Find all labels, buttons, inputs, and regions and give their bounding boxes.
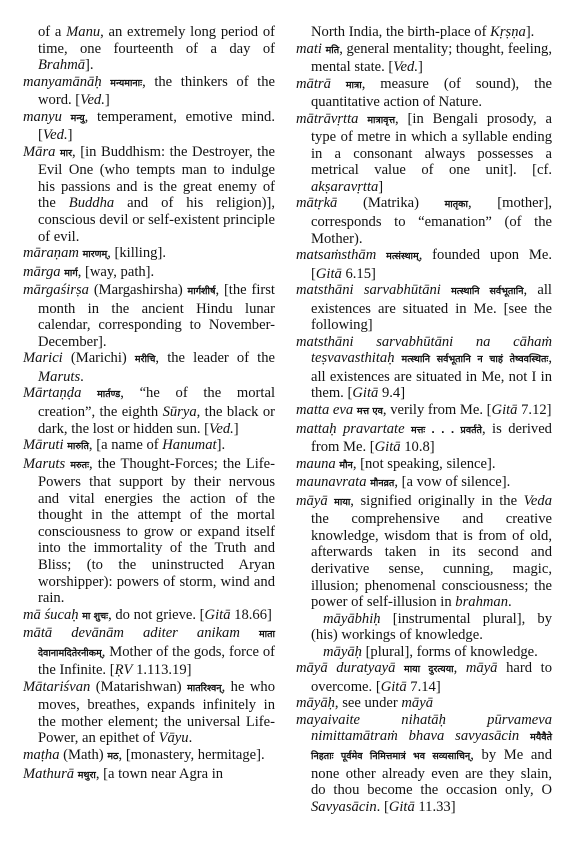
entry-definition: , do not grieve. [: [108, 607, 204, 623]
entry-headword: maṭha: [23, 747, 59, 763]
entry-definition: 9.4]: [378, 385, 405, 401]
italic-term: Gitā: [352, 385, 378, 401]
entry-definition: , [a vow of silence].: [394, 474, 510, 490]
dictionary-entry: mārga मार्ग, [way, path].: [23, 264, 275, 283]
entry-transliteration: (Margashirsha): [89, 282, 188, 298]
entry-headword: Marici: [23, 350, 63, 366]
entry-definition: the comprehensive and creative knowledge…: [311, 511, 552, 610]
entry-definition: .: [508, 594, 512, 610]
entry-devanagari: मत्स्थानि सर्वभूतानि: [451, 286, 523, 297]
entry-definition: , [monastery, hermitage].: [119, 747, 265, 763]
italic-term: Veda: [524, 493, 552, 509]
dictionary-entry: māraṇam मारणम्, [killing].: [23, 245, 275, 264]
entry-devanagari: मार्ग: [64, 268, 78, 279]
entry-headword: mātā devānām aditer anikam: [23, 625, 240, 641]
italic-term: akṣaravṛtta: [311, 179, 378, 195]
entry-transliteration: (Marichi): [63, 350, 135, 366]
entry-definition: , [a town near Agra in: [96, 766, 223, 782]
entry-definition: 7.12]: [517, 402, 551, 418]
entry-definition: , [killing].: [107, 245, 166, 261]
dictionary-entry: mārgaśirṣa (Margashirsha) मार्गशीर्ष, [t…: [23, 282, 275, 350]
entry-devanagari: माया: [334, 497, 350, 508]
entry-devanagari: मारणम्: [83, 249, 108, 260]
dictionary-entry: manyamānāḥ मन्यमानाः, the thinkers of th…: [23, 74, 275, 109]
entry-devanagari: मारुति: [67, 441, 89, 452]
entry-definition: ]: [418, 59, 423, 75]
dictionary-entry: mattaḥ pravartate मत्तः . . . प्रवर्तते,…: [296, 421, 552, 456]
entry-definition: , [a name of: [89, 437, 162, 453]
sub-entry: māyābhiḥ [instrumental plural], by (his)…: [296, 611, 552, 644]
italic-term: Ved.: [393, 59, 418, 75]
entry-headword: māraṇam: [23, 245, 79, 261]
entry-transliteration: (Math): [59, 747, 107, 763]
dictionary-entry: matta eva मत्त एव, verily from Me. [Gitā…: [296, 402, 552, 421]
dictionary-entry: Mathurā मथुरा, [a town near Agra in: [23, 766, 275, 785]
italic-term: Gitā: [492, 402, 518, 418]
entry-headword: mauna: [296, 456, 336, 472]
entry-definition: 10.8]: [401, 439, 435, 455]
entry-headword: mayaivaite nihatāḥ pūrvameva nimittamātr…: [296, 712, 552, 745]
dictionary-entry: māyā माया, signified originally in the V…: [296, 493, 552, 611]
entry-definition: , [not speaking, silence].: [353, 456, 496, 472]
entry-definition: 11.33]: [415, 799, 456, 815]
dictionary-entry: Māruti मारुति, [a name of Hanumat].: [23, 437, 275, 456]
entry-definition: ]: [105, 92, 110, 108]
dictionary-entry: mātrāvṛtta मात्रावृत्त, [in Bengali pros…: [296, 111, 552, 196]
entry-headword: Māruti: [23, 437, 64, 453]
italic-term: Gitā: [375, 439, 401, 455]
dictionary-entry: Mātariśvan (Matarishwan) मातरिश्वन्, he …: [23, 679, 275, 747]
entry-devanagari: मातृका: [445, 199, 468, 210]
entry-devanagari: मा शुचः: [82, 611, 108, 622]
entry-definition: .: [189, 730, 193, 746]
entry-headword: māyāḥ: [296, 695, 335, 711]
dictionary-entry: mati मति, general mentality; thought, fe…: [296, 41, 552, 76]
italic-term: ṚV: [115, 662, 133, 678]
entry-definition: ].: [526, 24, 535, 40]
dictionary-entry: Mārtaṇḍa मार्तण्ड, “he of the mortal cre…: [23, 385, 275, 437]
entry-devanagari: मत्त एव: [357, 406, 383, 417]
dictionary-entry: matsaṁsthām मत्संस्थाम्, founded upon Me…: [296, 247, 552, 282]
italic-term: Vāyu: [159, 730, 189, 746]
entry-transliteration: (Matarishwan): [90, 679, 187, 695]
dictionary-entry: māyā duratyayā माया दुरत्यया, māyā hard …: [296, 660, 552, 695]
italic-term: māyā: [466, 660, 498, 676]
italic-term: Gitā: [381, 679, 407, 695]
italic-term: Maruts: [38, 369, 80, 385]
entry-headword: matsthāni sarvabhūtāni: [296, 282, 441, 298]
entry-definition: , [way, path].: [78, 264, 154, 280]
entry-headword: mā śucaḥ: [23, 607, 79, 623]
italic-term: Sūrya: [163, 404, 197, 420]
entry-devanagari: मति: [326, 45, 340, 56]
dictionary-entry: manyu मन्यु, temperament, emotive mind. …: [23, 109, 275, 144]
entry-definition: 7.14]: [407, 679, 441, 695]
dictionary-entry: Māra मार, [in Buddhism: the Destroyer, t…: [23, 144, 275, 245]
dictionary-entry: Marici (Marichi) मरीचि, the leader of th…: [23, 350, 275, 385]
italic-term: Gitā: [316, 266, 342, 282]
italic-term: Buddha: [69, 195, 114, 211]
entry-devanagari: माया दुरत्यया: [404, 664, 454, 675]
entry-headword: mātrā: [296, 76, 331, 92]
entry-continuation: of a Manu, an extremely long period of t…: [23, 24, 275, 74]
dictionary-entry: matsthāni sarvabhūtāni na cāhaṁ teṣvavas…: [296, 334, 552, 402]
entry-headword: manyu: [23, 109, 62, 125]
entry-devanagari: मथुरा: [78, 770, 96, 781]
entry-headword: Māra: [23, 144, 55, 160]
dictionary-entry: mātā devānām aditer anikam माता देवानामद…: [23, 625, 275, 679]
entry-headword: matsaṁsthām: [296, 247, 376, 263]
entry-definition: 18.66]: [231, 607, 272, 623]
italic-term: māyābhiḥ: [323, 611, 381, 627]
entry-headword: māyā duratyayā: [296, 660, 395, 676]
entry-definition: , general mentality; thought, feeling, m…: [311, 41, 552, 76]
entry-definition: ]: [378, 179, 383, 195]
dictionary-entry: maṭha (Math) मठ, [monastery, hermitage].: [23, 747, 275, 766]
entry-definition: , the leader of the: [155, 350, 275, 366]
dictionary-entry: mauna मौन, [not speaking, silence].: [296, 456, 552, 475]
entry-headword: Mārtaṇḍa: [23, 385, 81, 401]
dictionary-entry: māyāḥ, see under māyā: [296, 695, 552, 712]
entry-devanagari: मरीचि: [135, 354, 156, 365]
entry-devanagari: मार्तण्ड: [97, 389, 120, 400]
entry-definition: North India, the birth-place of: [311, 24, 490, 40]
dictionary-entry: mayaivaite nihatāḥ pūrvameva nimittamātr…: [296, 712, 552, 815]
italic-term: brahman: [455, 594, 508, 610]
entry-devanagari: मौन: [339, 460, 352, 471]
entry-headword: mārga: [23, 264, 61, 280]
italic-term: Hanumat: [162, 437, 216, 453]
italic-term: Gitā: [205, 607, 231, 623]
entry-definition: , see under: [335, 695, 401, 711]
entry-transliteration: (Matrika): [337, 195, 444, 211]
entry-devanagari: मत्तः . . . प्रवर्तते: [411, 425, 482, 436]
entry-devanagari: मौनव्रत: [370, 478, 394, 489]
entry-headword: manyamānāḥ: [23, 74, 102, 90]
entry-devanagari: मात्रावृत्त: [367, 115, 395, 126]
entry-definition: ]: [234, 421, 239, 437]
dictionary-entry: mātṛkā (Matrika) मातृका, [mother], corre…: [296, 195, 552, 247]
italic-term: Ved.: [43, 127, 68, 143]
entry-definition: 6.15]: [342, 266, 376, 282]
entry-definition: ]: [68, 127, 73, 143]
dictionary-entry: mā śucaḥ मा शुचः, do not grieve. [Gitā 1…: [23, 607, 275, 626]
entry-definition: [plural], forms of knowledge.: [362, 644, 538, 660]
entry-headword: mattaḥ pravartate: [296, 421, 405, 437]
entry-definition: 1.113.19]: [132, 662, 191, 678]
entry-definition: , verily from Me. [: [383, 402, 492, 418]
entry-devanagari: मत्स्थानि सर्वभूतानि न चाहं तेष्ववस्थितः: [402, 354, 549, 365]
dictionary-entry: maunavrata मौनव्रत, [a vow of silence].: [296, 474, 552, 493]
italic-term: Ved.: [80, 92, 105, 108]
entry-devanagari: मत्संस्थाम्: [386, 251, 419, 262]
entry-definition: .: [80, 369, 84, 385]
sub-entry: māyāḥ [plural], forms of knowledge.: [296, 644, 552, 661]
entry-headword: Mātariśvan: [23, 679, 90, 695]
entry-definition: , the Thought-Forces; the Life-Powers th…: [38, 456, 275, 606]
entry-definition: ].: [217, 437, 226, 453]
italic-term: Ved.: [209, 421, 234, 437]
entry-devanagari: मठ: [107, 751, 118, 762]
entry-devanagari: मार: [60, 148, 72, 159]
italic-term: Gitā: [389, 799, 415, 815]
italic-term: Savyasācin: [311, 799, 377, 815]
entry-headword: Mathurā: [23, 766, 74, 782]
entry-headword: mārgaśirṣa: [23, 282, 89, 298]
entry-definition: . [: [377, 799, 389, 815]
entry-headword: Maruts: [23, 456, 65, 472]
entry-devanagari: मरुतः: [70, 460, 89, 471]
entry-headword: mati: [296, 41, 322, 57]
entry-headword: māyā: [296, 493, 328, 509]
entry-headword: matta eva: [296, 402, 353, 418]
entry-devanagari: मन्यु: [71, 113, 85, 124]
dictionary-page: of a Manu, an extremely long period of t…: [0, 0, 568, 853]
left-column: of a Manu, an extremely long period of t…: [23, 24, 275, 784]
entry-headword: mātṛkā: [296, 195, 337, 211]
italic-term: māyā: [401, 695, 433, 711]
entry-devanagari: मातरिश्वन्: [187, 683, 222, 694]
entry-definition: ].: [85, 57, 94, 73]
italic-term: Kṛṣṇa: [490, 24, 526, 40]
entry-definition: of a: [38, 24, 66, 40]
entry-definition: ,: [454, 660, 466, 676]
dictionary-entry: Maruts मरुतः, the Thought-Forces; the Li…: [23, 456, 275, 607]
right-column: North India, the birth-place of Kṛṣṇa].m…: [296, 24, 552, 815]
dictionary-entry: mātrā मात्रा, measure (of sound), the qu…: [296, 76, 552, 111]
entry-devanagari: मार्गशीर्ष: [188, 286, 216, 297]
entry-definition: , signified originally in the: [350, 493, 523, 509]
entry-devanagari: मात्रा: [346, 80, 362, 91]
dictionary-entry: matsthāni sarvabhūtāni मत्स्थानि सर्वभूत…: [296, 282, 552, 334]
italic-term: Manu: [66, 24, 100, 40]
entry-continuation: North India, the birth-place of Kṛṣṇa].: [296, 24, 552, 41]
entry-headword: maunavrata: [296, 474, 367, 490]
italic-term: māyāḥ: [323, 644, 362, 660]
entry-headword: mātrāvṛtta: [296, 111, 358, 127]
italic-term: Brahmā: [38, 57, 85, 73]
entry-devanagari: मन्यमानाः: [110, 78, 142, 89]
